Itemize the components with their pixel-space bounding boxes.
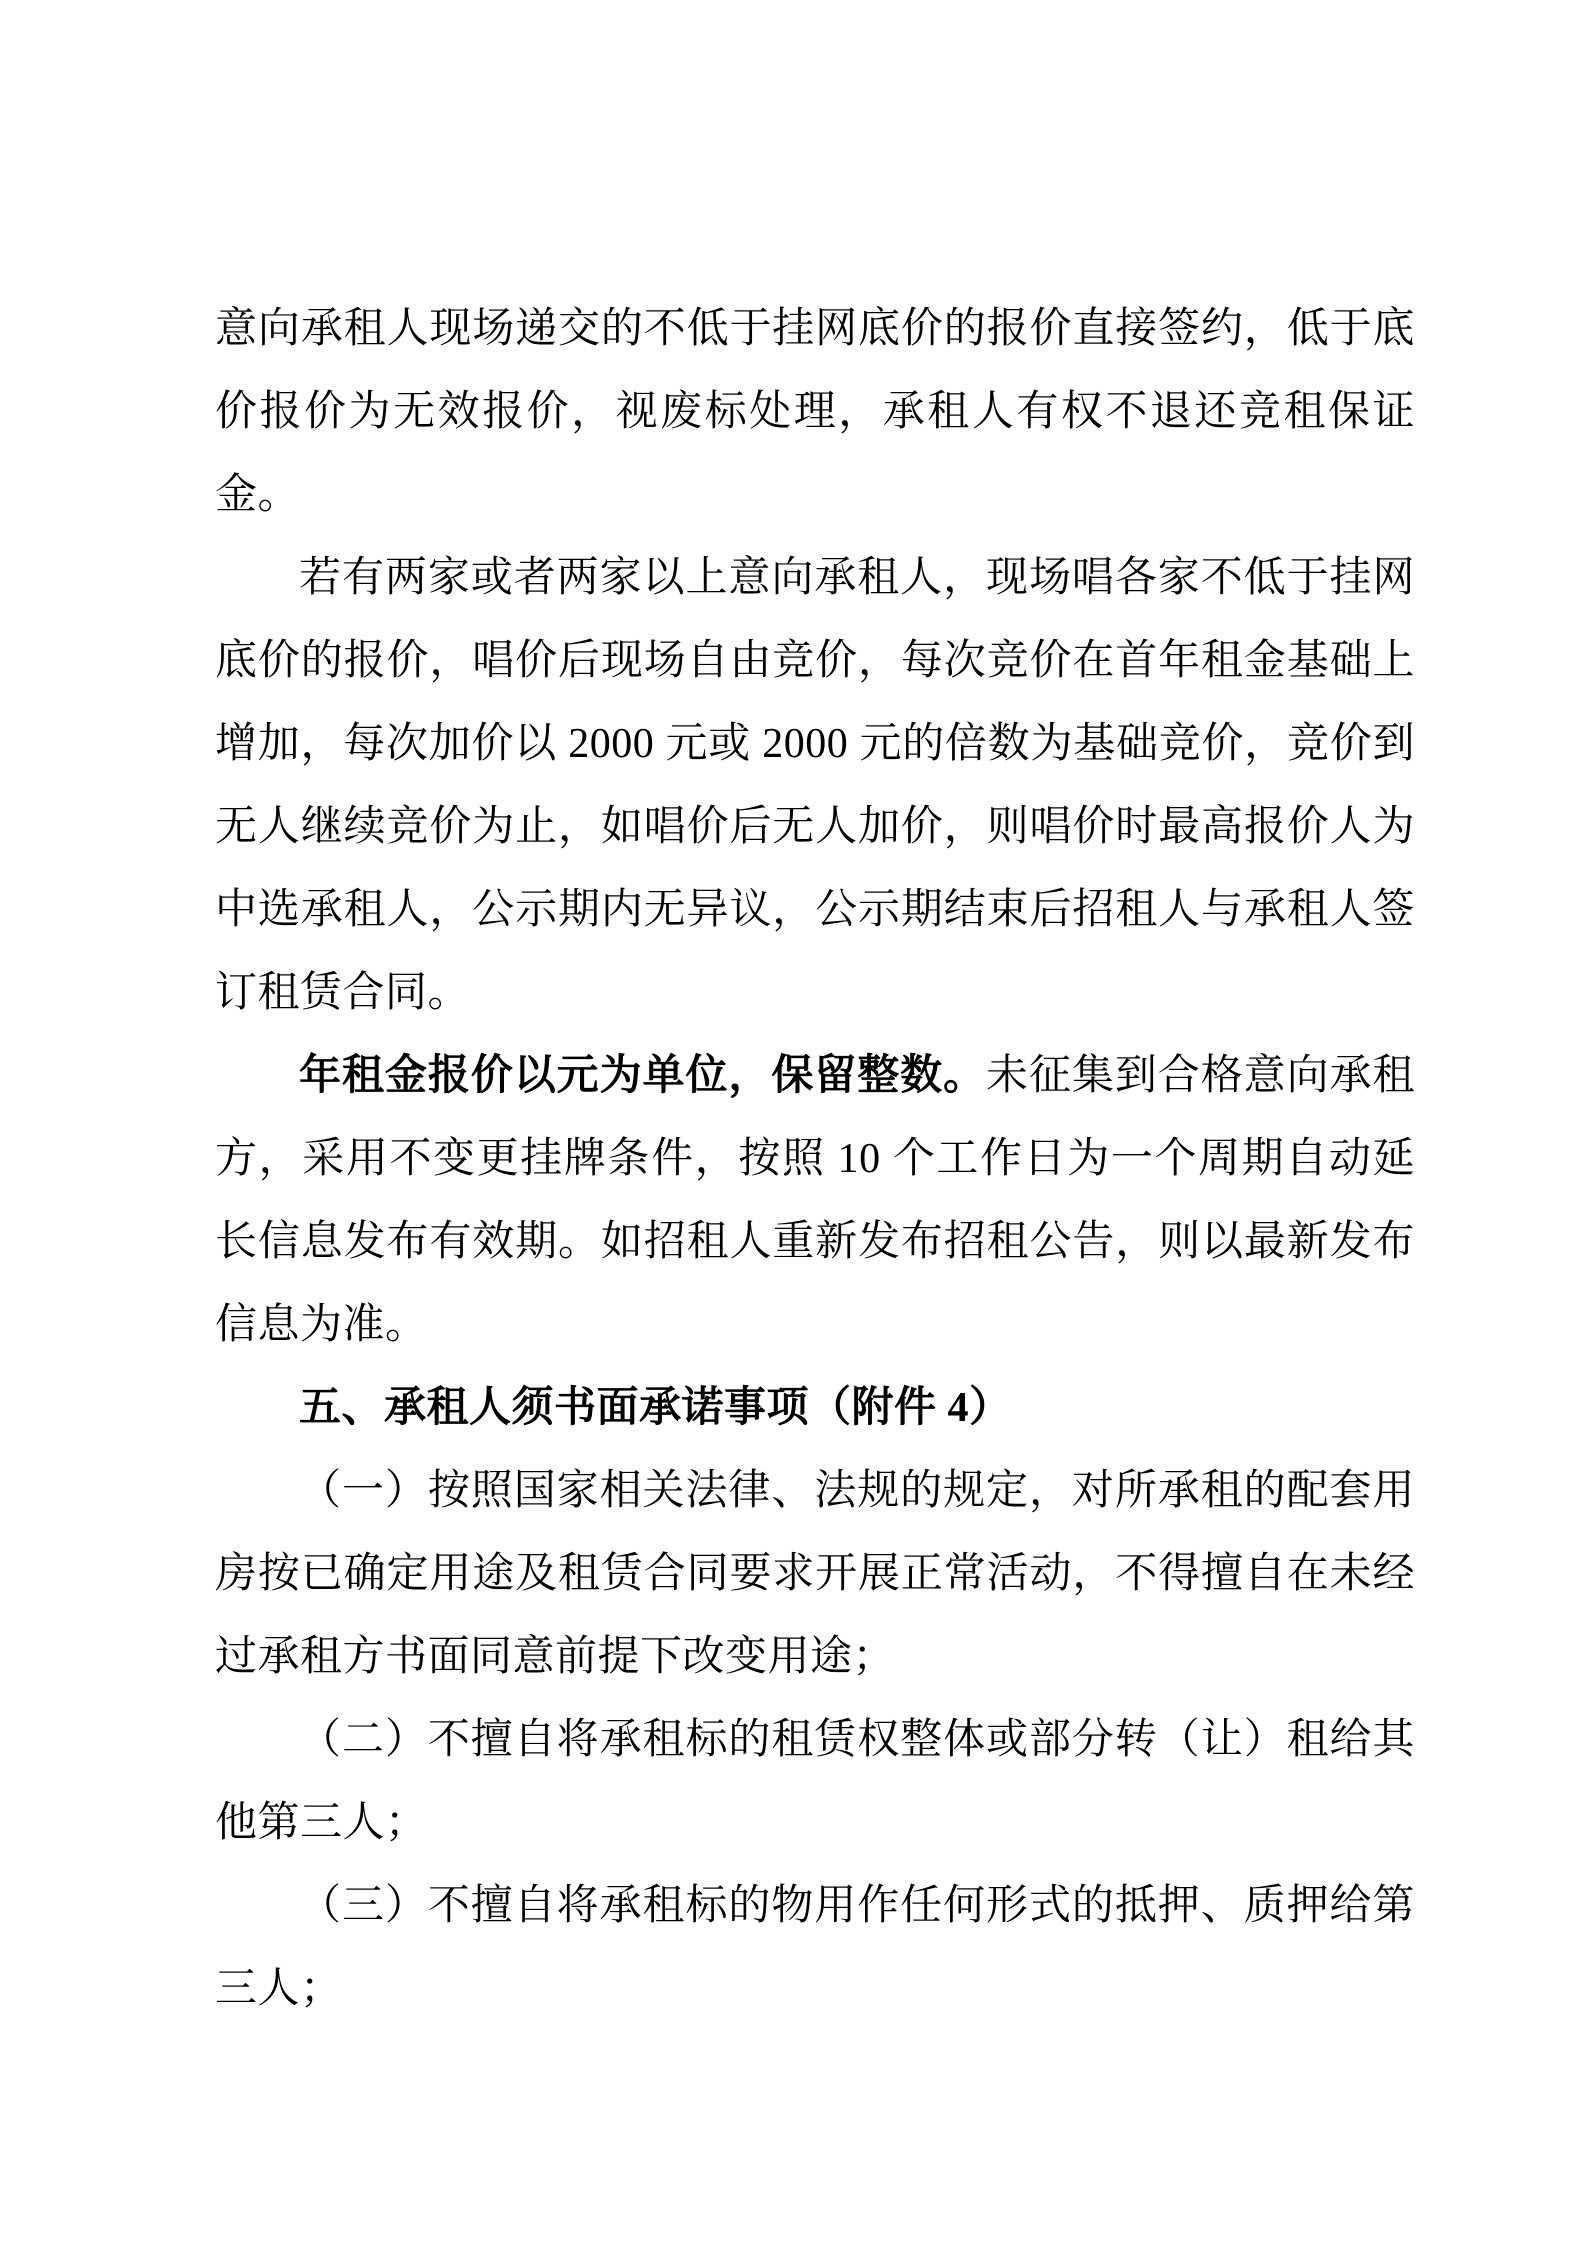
text-segment: 意向承租人现场递交的不低于挂网底价的报价直接签约，低于底价报价为无效报价，视废标…: [215, 306, 1415, 518]
paragraph: 意向承租人现场递交的不低于挂网底价的报价直接签约，低于底价报价为无效报价，视废标…: [215, 288, 1415, 537]
text-segment: （三）不擅自将承租标的物用作任何形式的抵押、质押给第三人；: [215, 1883, 1415, 2012]
bold-text-segment: 年租金报价以元为单位，保留整数。: [299, 1053, 986, 1099]
paragraph: （二）不擅自将承租标的租赁权整体或部分转（让）租给其他第三人；: [215, 1699, 1415, 1865]
paragraph: （三）不擅自将承租标的物用作任何形式的抵押、质押给第三人；: [215, 1865, 1415, 2031]
text-segment: 若有两家或者两家以上意向承租人，现场唱各家不低于挂网底价的报价，唱价后现场自由竞…: [215, 555, 1415, 1016]
paragraph: （一）按照国家相关法律、法规的规定，对所承租的配套用房按已确定用途及租赁合同要求…: [215, 1450, 1415, 1699]
section-heading: 五、承租人须书面承诺事项（附件 4）: [215, 1367, 1415, 1450]
document-body: 意向承租人现场递交的不低于挂网底价的报价直接签约，低于底价报价为无效报价，视废标…: [215, 288, 1415, 2031]
document-page: 意向承租人现场递交的不低于挂网底价的报价直接签约，低于底价报价为无效报价，视废标…: [0, 0, 1587, 2245]
text-segment: （二）不擅自将承租标的租赁权整体或部分转（让）租给其他第三人；: [215, 1717, 1415, 1846]
paragraph: 年租金报价以元为单位，保留整数。未征集到合格意向承租方，采用不变更挂牌条件，按照…: [215, 1035, 1415, 1367]
text-segment: （一）按照国家相关法律、法规的规定，对所承租的配套用房按已确定用途及租赁合同要求…: [215, 1468, 1415, 1680]
paragraph: 若有两家或者两家以上意向承租人，现场唱各家不低于挂网底价的报价，唱价后现场自由竞…: [215, 537, 1415, 1035]
bold-text-segment: 五、承租人须书面承诺事项（附件 4）: [299, 1385, 1012, 1431]
